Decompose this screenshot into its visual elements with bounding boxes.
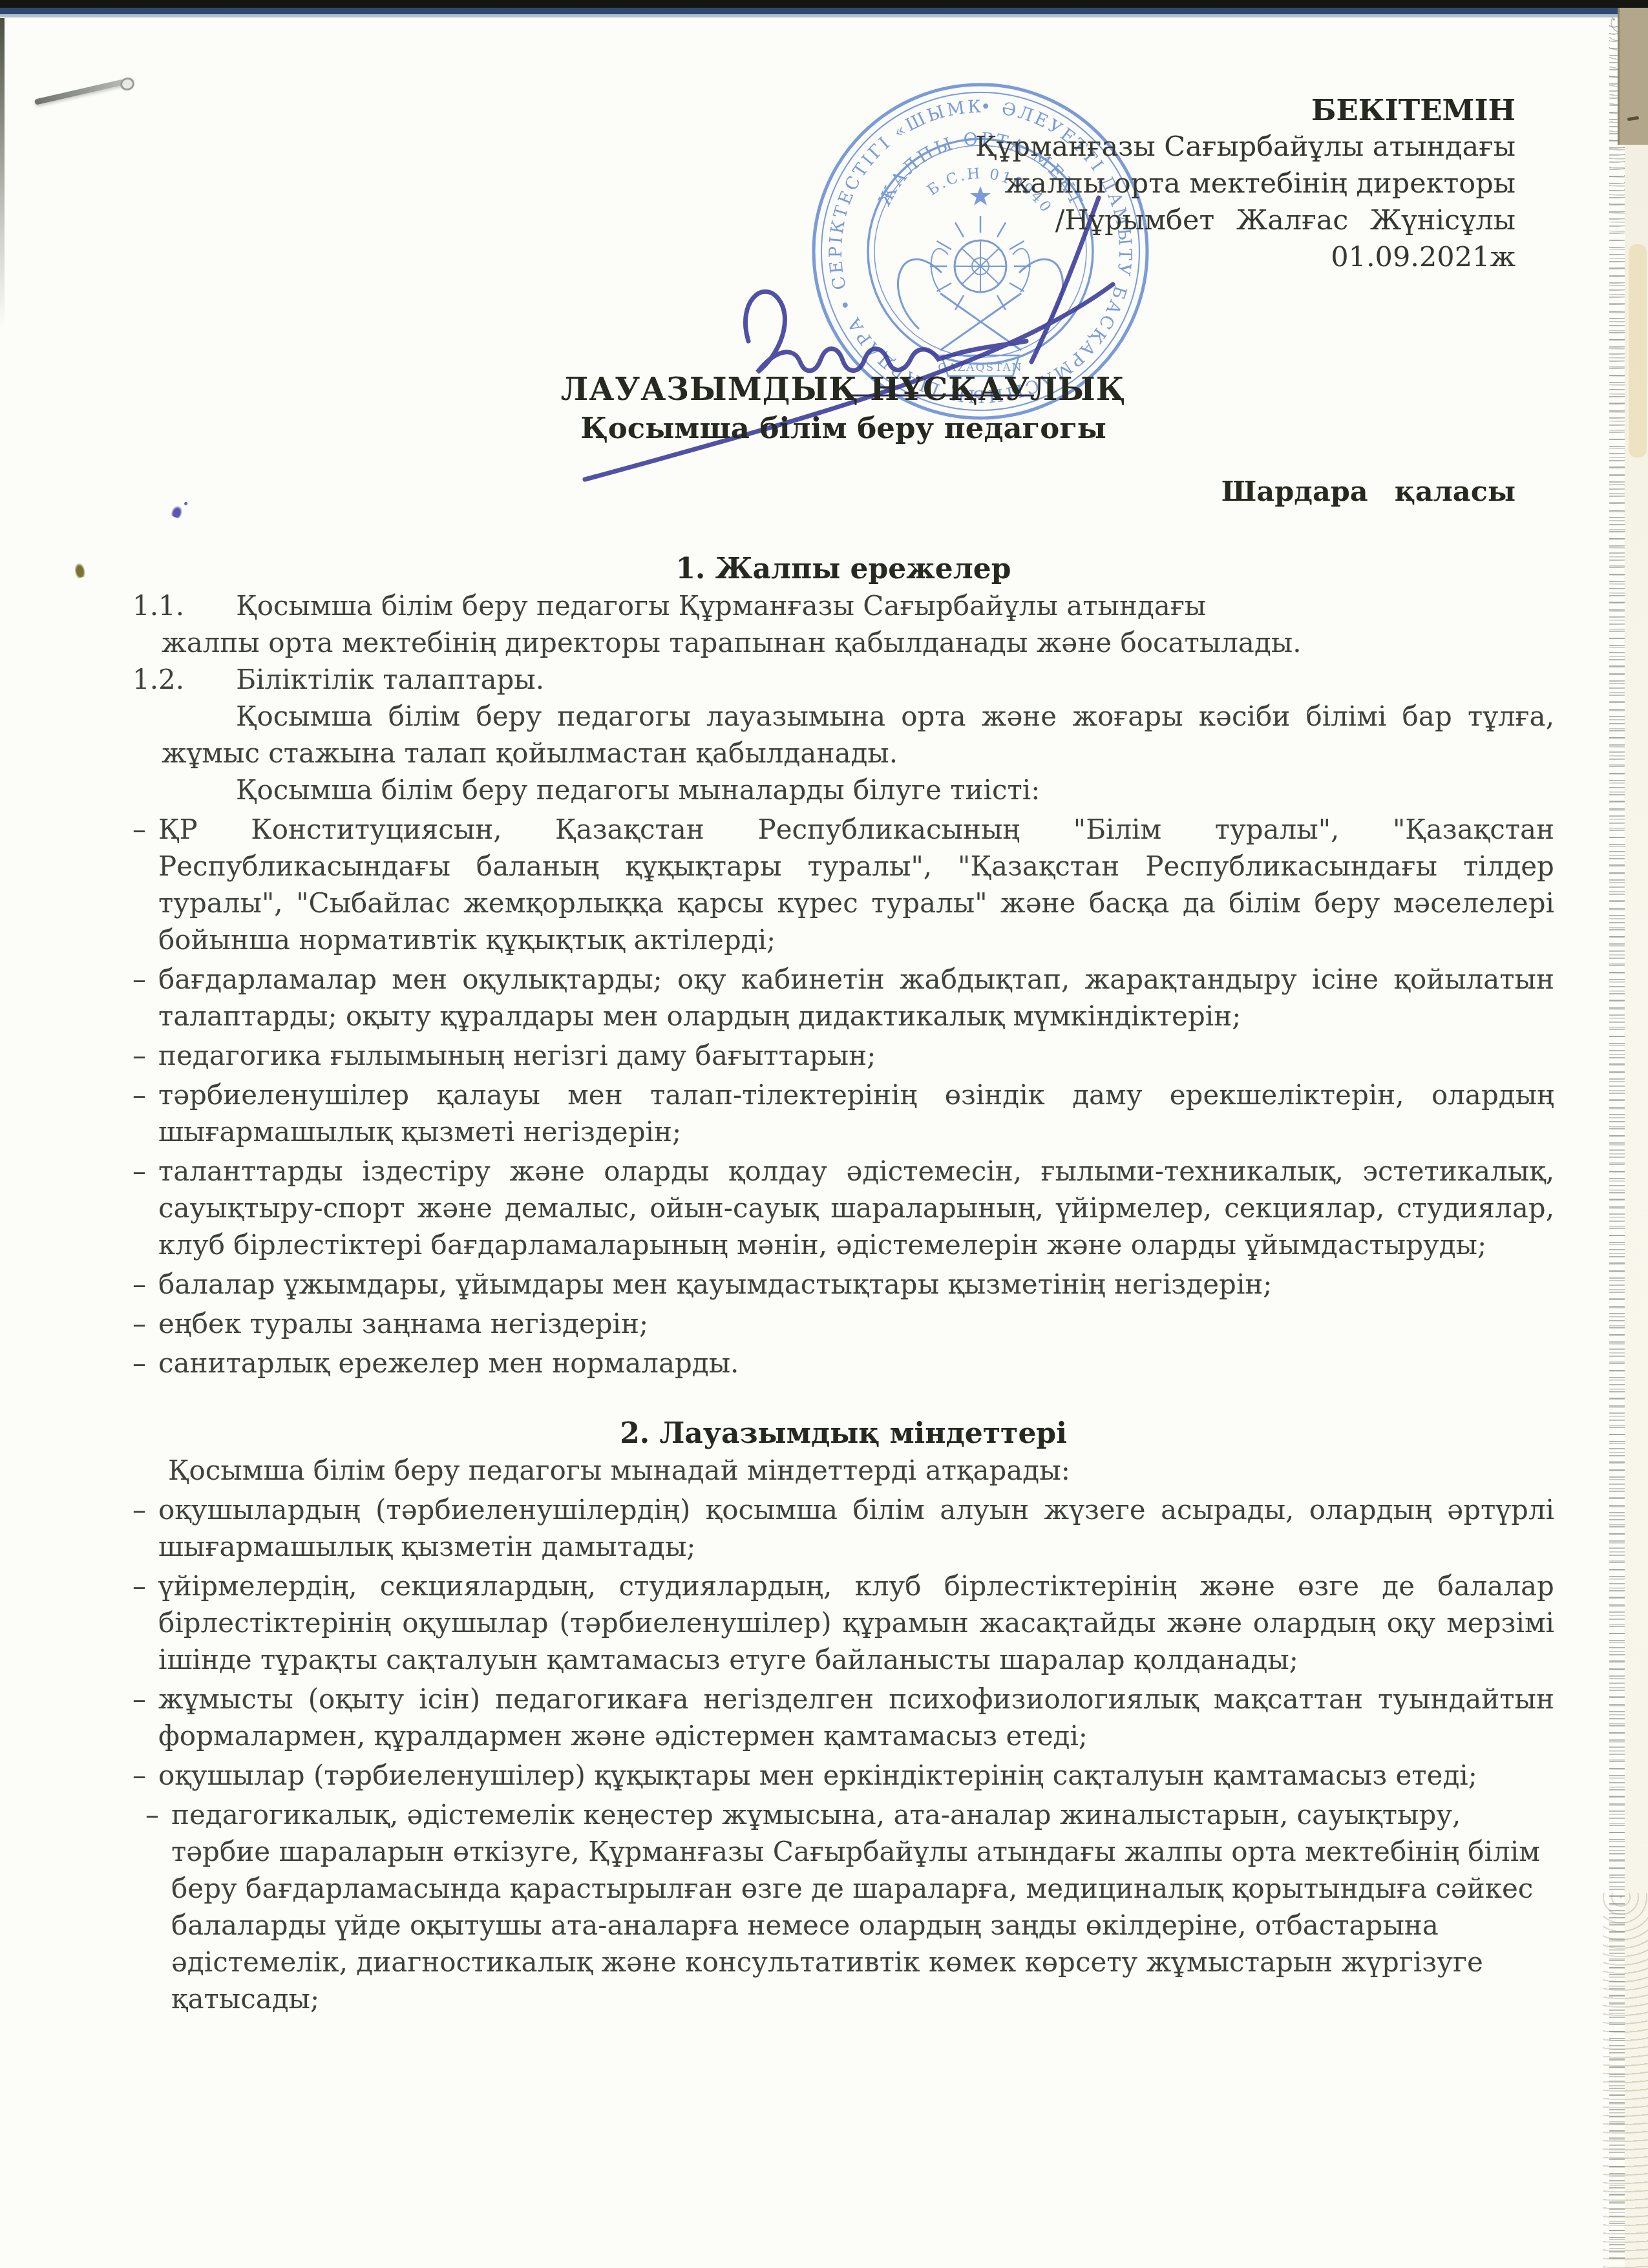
document-title-block: ЛАУАЗЫМДЫҚ НҰСҚАУЛЫҚ Қосымша білім беру … (132, 370, 1554, 447)
clause-1-1: 1.1.Қосымша білім беру педагогы Құрманға… (132, 587, 1554, 661)
list-item-text: педагогикалық, әдістемелік кеңестер жұмы… (171, 1796, 1554, 2017)
dash-marker: – (132, 1037, 158, 1074)
list-item: – еңбек туралы заңнама негіздерін; (132, 1305, 1554, 1342)
scan-bottom-speckles (1603, 1893, 1648, 2268)
scan-corner-backing (1618, 8, 1648, 145)
dash-marker: – (145, 1796, 171, 2017)
list-item-text: таланттарды іздестіру және оларды қолдау… (158, 1153, 1554, 1263)
list-item-text: балалар ұжымдары, ұйымдары мен қауымдаст… (158, 1266, 1554, 1303)
scan-top-edge-band (0, 0, 1648, 22)
section-1-heading: 1. Жалпы ережелер (132, 551, 1554, 587)
must-know-lead-in: Қосымша білім беру педагогы мыналарды бі… (132, 772, 1554, 808)
document-body: 1. Жалпы ережелер 1.1.Қосымша білім беру… (132, 551, 1554, 2017)
clause-text-line1: Қосымша білім беру педагогы Құрманғазы С… (236, 590, 1206, 622)
scan-corner-smudge (1627, 116, 1640, 121)
list-item-text: тәрбиеленушілер қалауы мен талап-тілекте… (158, 1076, 1554, 1150)
dash-marker: – (132, 1266, 158, 1303)
list-item: – таланттарды іздестіру және оларды қолд… (132, 1153, 1554, 1263)
list-item: – бағдарламалар мен оқулықтарды; оқу каб… (132, 961, 1554, 1034)
clause-text-line2: жалпы орта мектебінің директоры тарапына… (132, 624, 1554, 661)
list-item-text: педагогика ғылымының негізгі даму бағытт… (158, 1037, 1554, 1074)
scan-left-edge-line (0, 18, 5, 328)
list-item-text: оқушылар (тәрбиеленушілер) құқықтары мен… (158, 1757, 1554, 1794)
list-item: – тәрбиеленушілер қалауы мен талап-тілек… (132, 1076, 1554, 1150)
dash-marker: – (132, 1345, 158, 1381)
dash-marker: – (132, 1681, 158, 1754)
dash-marker: – (132, 1757, 158, 1794)
duties-lead-in: Қосымша білім беру педагогы мынадай мінд… (132, 1452, 1554, 1489)
list-item: – педагогикалық, әдістемелік кеңестер жұ… (132, 1796, 1554, 2017)
list-item: – жұмысты (оқыту ісін) педагогикаға негі… (132, 1681, 1554, 1754)
list-item: – педагогика ғылымының негізгі даму бағы… (132, 1037, 1554, 1074)
dash-marker: – (132, 1305, 158, 1342)
clause-1-2: 1.2.Біліктілік талаптары. (132, 661, 1554, 698)
ink-speck (170, 505, 184, 519)
clause-number: 1.1. (132, 587, 184, 624)
dash-marker: – (132, 1568, 158, 1678)
pencil-mark (34, 79, 125, 105)
clause-text: Біліктілік талаптары. (236, 664, 544, 695)
list-item: – оқушылар (тәрбиеленушілер) құқықтары м… (132, 1757, 1554, 1794)
list-item: – санитарлық ережелер мен нормаларды. (132, 1345, 1554, 1381)
document-subtitle: Қосымша білім беру педагогы (132, 410, 1554, 447)
scan-yellow-streak (1629, 244, 1647, 457)
approval-org-line2: жалпы орта мектебінің директоры (546, 165, 1516, 202)
dash-marker: – (132, 961, 158, 1034)
document-title: ЛАУАЗЫМДЫҚ НҰСҚАУЛЫҚ (132, 370, 1554, 410)
list-item-text: санитарлық ережелер мен нормаларды. (158, 1345, 1554, 1381)
dash-marker: – (132, 811, 158, 958)
dash-marker: – (132, 1076, 158, 1150)
approval-org-line1: Құрманғазы Сағырбайұлы атындағы (546, 129, 1516, 165)
section-2-heading: 2. Лауазымдық міндеттері (132, 1415, 1554, 1452)
scanned-document-page: • ӘЛЕУЕТТІ ДАМЫТУ БАСҚАРМАСЫНЫҢ ШАРДАРА … (0, 0, 1648, 2268)
paper-speck (74, 563, 86, 578)
list-item: – үйірмелердің, секциялардың, студиялард… (132, 1568, 1554, 1678)
list-item: – ҚР Конституциясын, Қазақстан Республик… (132, 811, 1554, 958)
list-item-text: оқушылардың (тәрбиеленушілердің) қосымша… (158, 1491, 1554, 1565)
approval-signer: /Нұрымбет Жалғас Жүнісұлы (546, 202, 1516, 239)
city-line: Шардара қаласы (1221, 476, 1516, 508)
clause-number: 1.2. (132, 661, 184, 698)
list-item: – балалар ұжымдары, ұйымдары мен қауымда… (132, 1266, 1554, 1303)
approval-date: 01.09.2021ж (546, 239, 1516, 276)
list-item: – оқушылардың (тәрбиеленушілердің) қосым… (132, 1491, 1554, 1565)
list-item-text: үйірмелердің, секциялардың, студиялардың… (158, 1568, 1554, 1678)
qualification-paragraph: Қосымша білім беру педагогы лауазымына о… (132, 698, 1554, 772)
list-item-text: бағдарламалар мен оқулықтарды; оқу кабин… (158, 961, 1554, 1034)
dash-marker: – (132, 1491, 158, 1565)
dash-marker: – (132, 1153, 158, 1263)
pencil-mark-tip (119, 76, 136, 92)
list-item-text: ҚР Конституциясын, Қазақстан Республикас… (158, 811, 1554, 958)
approval-block: БЕКІТЕМІН Құрманғазы Сағырбайұлы атындағ… (546, 92, 1516, 276)
approval-label: БЕКІТЕМІН (546, 92, 1516, 129)
list-item-text: жұмысты (оқыту ісін) педагогикаға негізд… (158, 1681, 1554, 1754)
list-item-text: еңбек туралы заңнама негіздерін; (158, 1305, 1554, 1342)
